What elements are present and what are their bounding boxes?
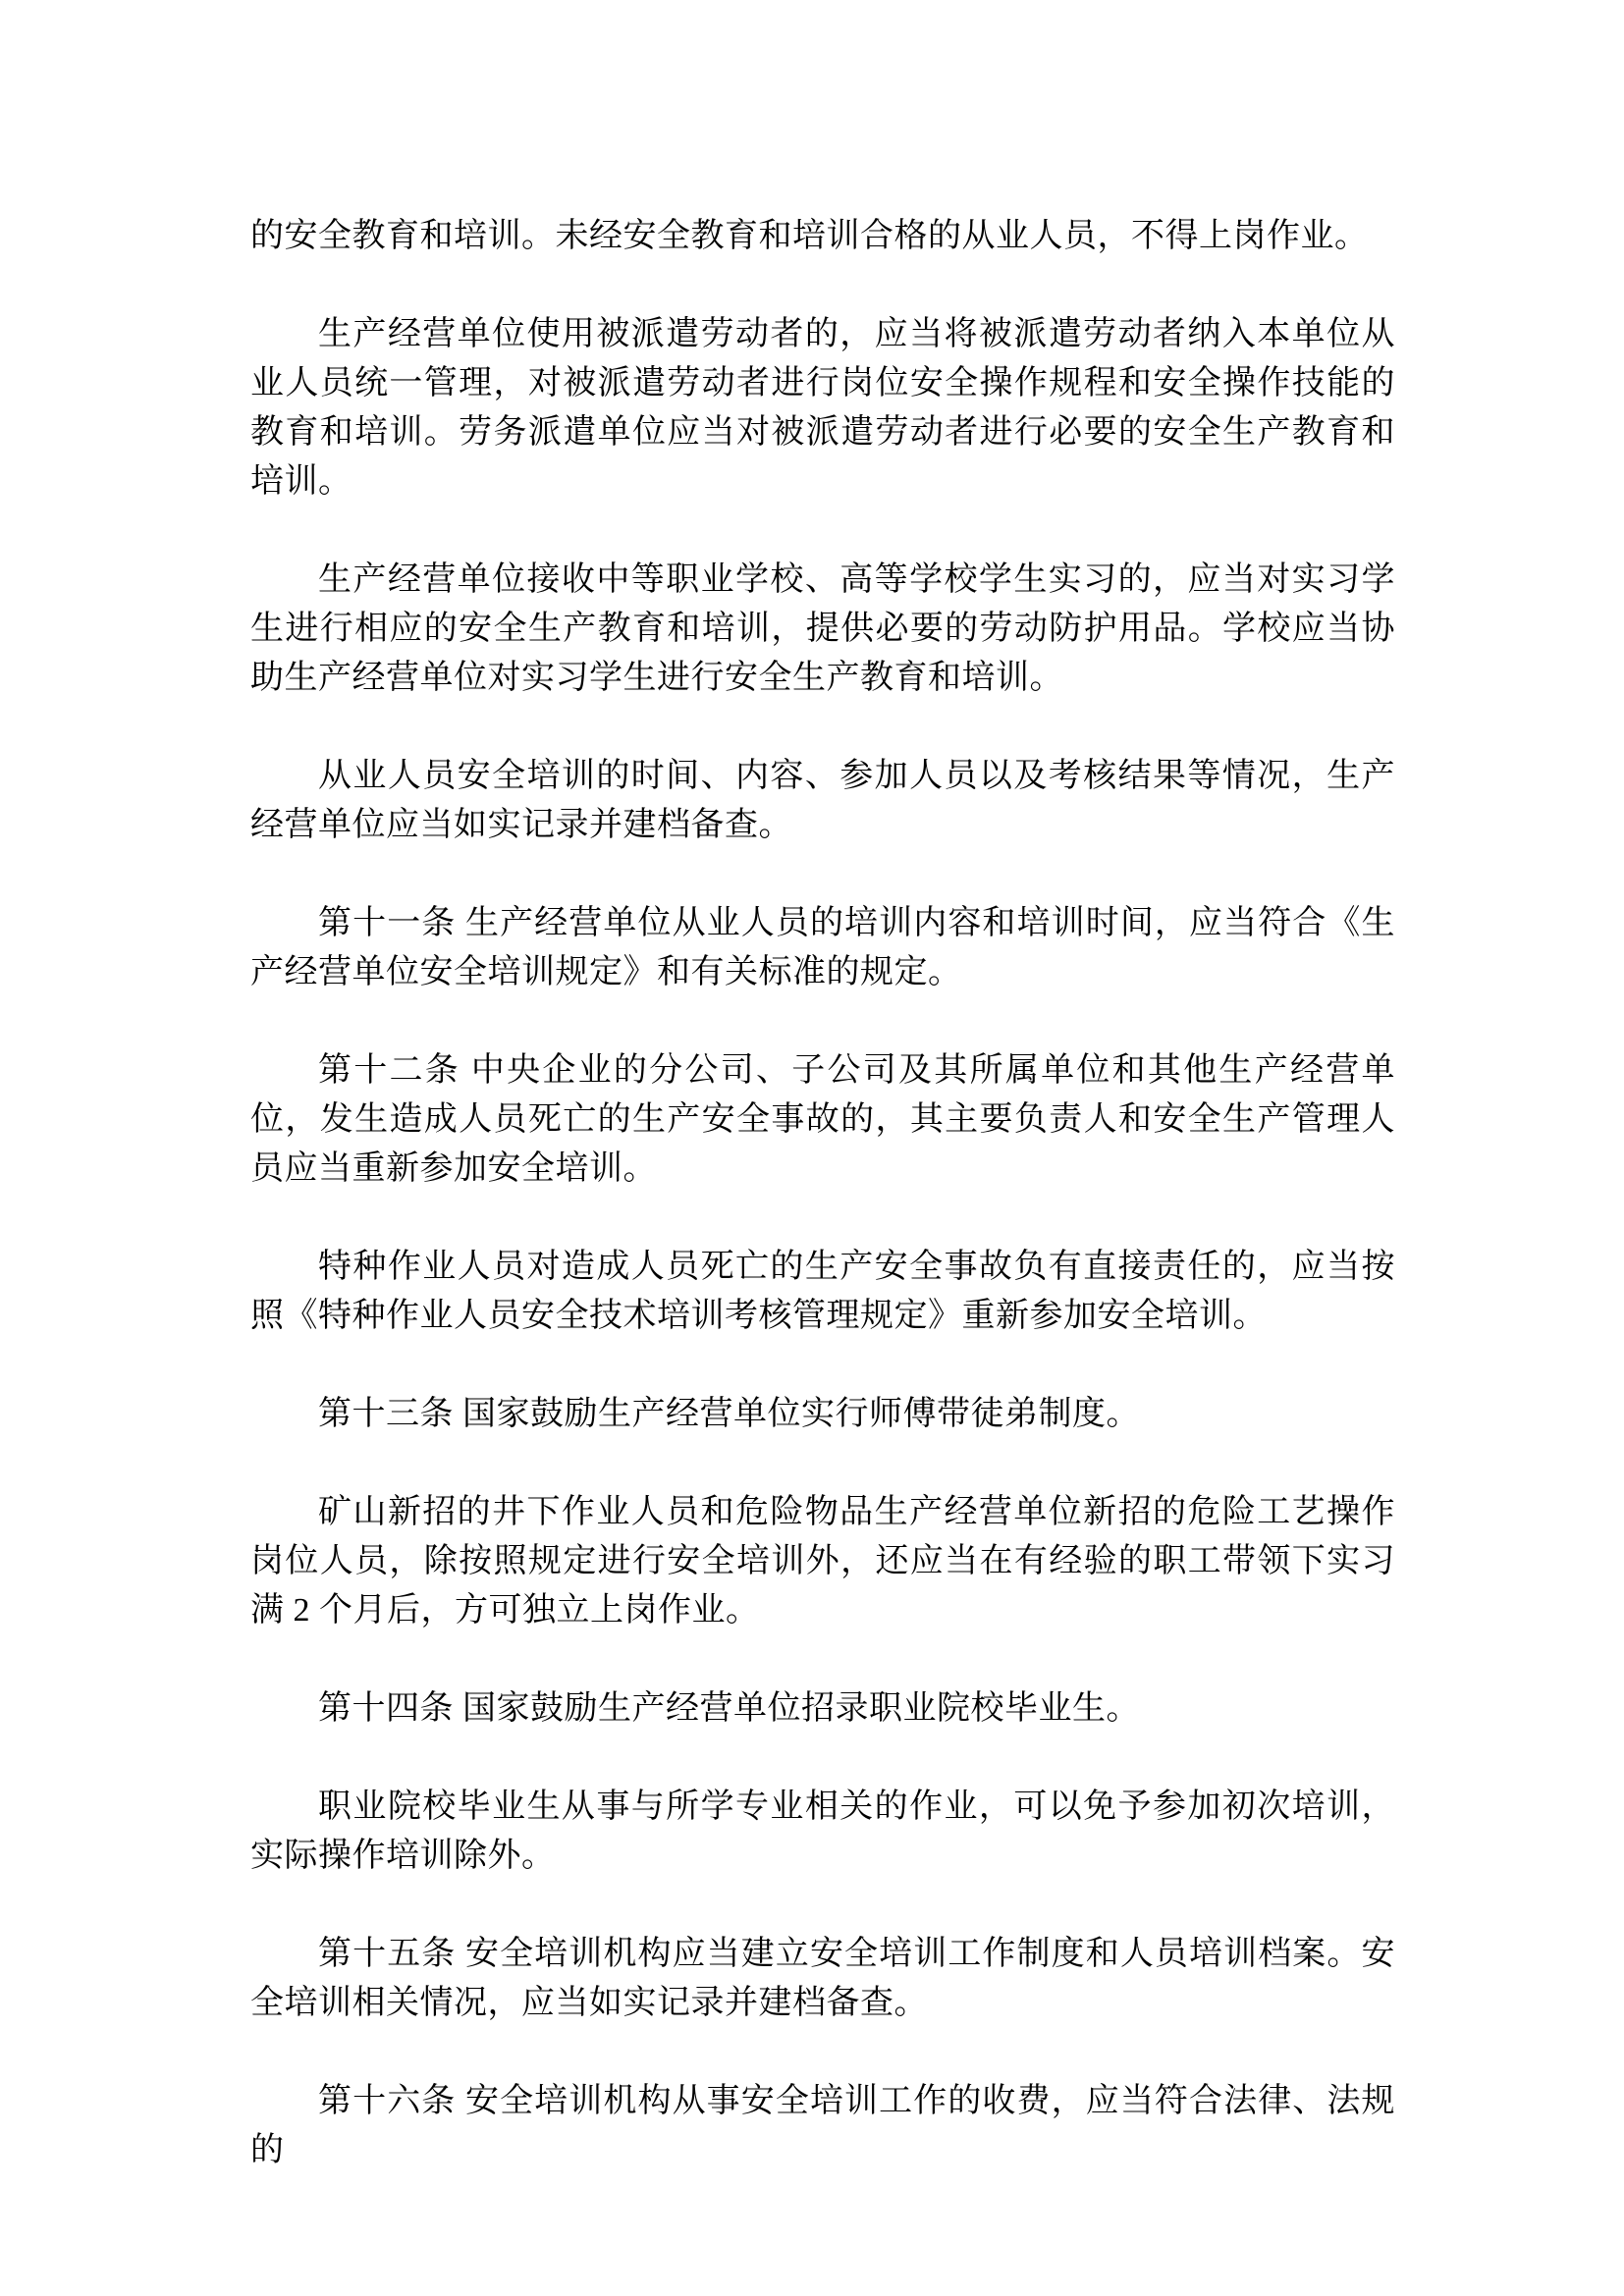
document-body: 的安全教育和培训。未经安全教育和培训合格的从业人员，不得上岗作业。生产经营单位使… xyxy=(250,212,1395,2175)
paragraph: 第十二条 中央企业的分公司、子公司及其所属单位和其他生产经营单位，发生造成人员死… xyxy=(250,1046,1395,1194)
paragraph: 矿山新招的井下作业人员和危险物品生产经营单位新招的危险工艺操作岗位人员，除按照规… xyxy=(250,1488,1395,1635)
paragraph: 第十五条 安全培训机构应当建立安全培训工作制度和人员培训档案。安全培训相关情况，… xyxy=(250,1930,1395,2028)
paragraph: 职业院校毕业生从事与所学专业相关的作业，可以免予参加初次培训，实际操作培训除外。 xyxy=(250,1783,1395,1881)
paragraph: 第十六条 安全培训机构从事安全培训工作的收费，应当符合法律、法规的 xyxy=(250,2077,1395,2175)
paragraph: 第十一条 生产经营单位从业人员的培训内容和培训时间，应当符合《生产经营单位安全培… xyxy=(250,899,1395,997)
paragraph: 生产经营单位接收中等职业学校、高等学校学生实习的，应当对实习学生进行相应的安全生… xyxy=(250,556,1395,703)
document-page: 的安全教育和培训。未经安全教育和培训合格的从业人员，不得上岗作业。生产经营单位使… xyxy=(0,0,1624,2296)
paragraph: 第十三条 国家鼓励生产经营单位实行师傅带徒弟制度。 xyxy=(250,1390,1395,1439)
paragraph: 生产经营单位使用被派遣劳动者的，应当将被派遣劳动者纳入本单位从业人员统一管理，对… xyxy=(250,310,1395,507)
paragraph: 第十四条 国家鼓励生产经营单位招录职业院校毕业生。 xyxy=(250,1684,1395,1734)
paragraph: 特种作业人员对造成人员死亡的生产安全事故负有直接责任的，应当按照《特种作业人员安… xyxy=(250,1243,1395,1341)
paragraph: 的安全教育和培训。未经安全教育和培训合格的从业人员，不得上岗作业。 xyxy=(250,212,1395,261)
paragraph: 从业人员安全培训的时间、内容、参加人员以及考核结果等情况，生产经营单位应当如实记… xyxy=(250,752,1395,850)
